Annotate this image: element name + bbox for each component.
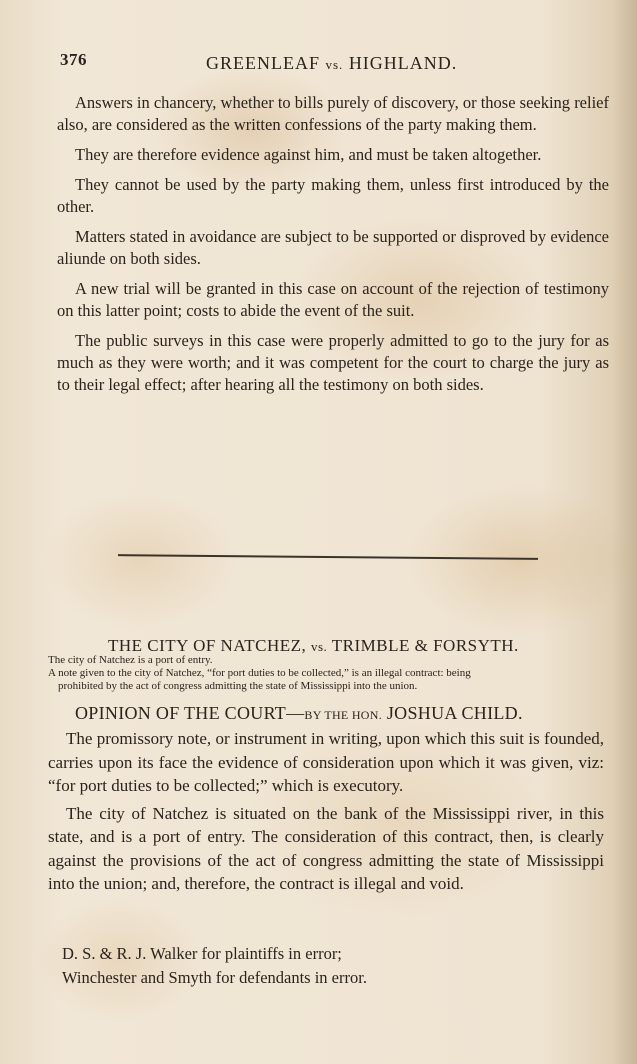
opinion-paragraph: The city of Natchez is situated on the b… [48, 802, 604, 896]
syllabus-paragraph: They cannot be used by the party making … [57, 174, 609, 218]
book-page: 376 GREENLEAF vs. HIGHLAND. Answers in c… [0, 0, 637, 1064]
opinion-heading: OPINION OF THE COURT—BY THE HON. JOSHUA … [75, 703, 523, 724]
case-headnotes: The city of Natchez is a port of entry. … [48, 654, 608, 693]
syllabus-paragraph: Matters stated in avoidance are subject … [57, 226, 609, 270]
headnote-line: The city of Natchez is a port of entry. [48, 654, 608, 667]
headnote-line: A note given to the city of Natchez, “fo… [48, 667, 608, 680]
opinion-body: The promissory note, or instrument in wr… [48, 727, 604, 900]
opinion-paragraph: The promissory note, or instrument in wr… [48, 727, 604, 798]
headnote-line: prohibited by the act of congress admitt… [48, 680, 608, 693]
syllabus-previous-case: Answers in chancery, whether to bills pu… [57, 92, 609, 404]
syllabus-paragraph: Answers in chancery, whether to bills pu… [57, 92, 609, 136]
running-head: GREENLEAF vs. HIGHLAND. [206, 53, 457, 74]
page-number: 376 [60, 50, 87, 70]
counsel-line: Winchester and Smyth for defendants in e… [62, 966, 367, 990]
section-divider-rule [118, 554, 538, 560]
syllabus-paragraph: The public surveys in this case were pro… [57, 330, 609, 396]
syllabus-paragraph: They are therefore evidence against him,… [57, 144, 609, 166]
syllabus-paragraph: A new trial will be granted in this case… [57, 278, 609, 322]
counsel-line: D. S. & R. J. Walker for plaintiffs in e… [62, 942, 367, 966]
counsel-listing: D. S. & R. J. Walker for plaintiffs in e… [62, 942, 367, 990]
case-title: THE CITY OF NATCHEZ, vs. TRIMBLE & FORSY… [108, 636, 519, 656]
